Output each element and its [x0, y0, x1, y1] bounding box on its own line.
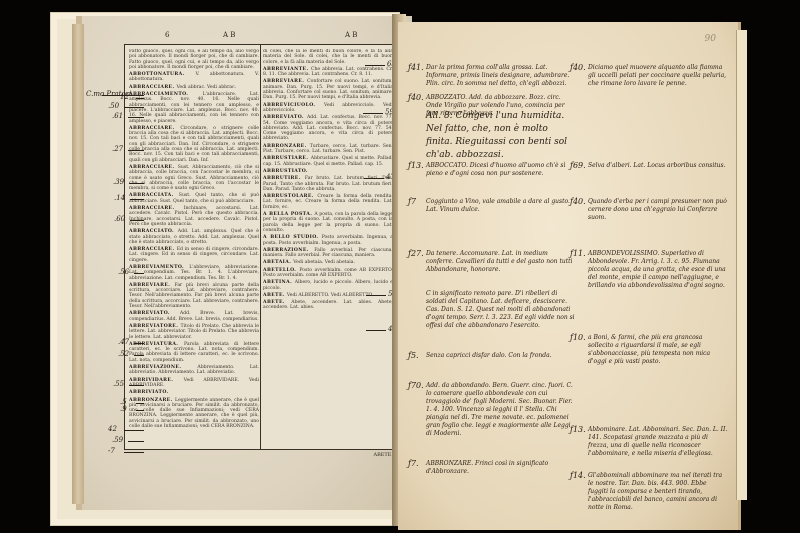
entry-headword: ABBRIVIATO.	[129, 390, 168, 395]
margin-note: .55	[113, 380, 124, 388]
pointer-line	[365, 65, 385, 66]
entry-headword: ABETAIA.	[263, 260, 293, 265]
dictionary-column-right: di colei, che la le menti di buon colore…	[263, 49, 393, 443]
entry-text: C in significato remoto pare. D'i ribell…	[426, 290, 575, 329]
dictionary-entry: ABBREVIANTE. Che abbrevia. Lat. contrahe…	[263, 67, 393, 78]
pointer-line	[136, 403, 144, 404]
dictionary-entry: ABBOTTONATURA. V. abbottonatura. V. abbo…	[129, 72, 259, 83]
margin-note: .14	[114, 194, 125, 202]
entry-definition: Posto avverbialm. come AB EXPERTO.	[299, 268, 393, 273]
entry-reference-number: ƒ5.	[408, 352, 419, 360]
page-edge	[736, 30, 747, 500]
pointer-line	[366, 330, 386, 331]
entry-definition-cont: L'abbracciare. Lat. amplexus. Bocc. nov.…	[129, 108, 259, 124]
dictionary-entry: di colei, che la le menti di buon colore…	[263, 49, 393, 65]
entry-definition-cont: Sust. Quel tanto, che si può abbracciare…	[158, 199, 255, 204]
entry-text: Gl'abbominali abbominare ma nel iterati …	[588, 472, 722, 511]
entry-headword: ABBREVIATO.	[263, 115, 307, 120]
entry-text: Abbominare. Lat. Abbominari. Sec. Dan. L…	[588, 426, 727, 457]
entry-headword: ABBRONZARE.	[129, 398, 175, 403]
handwritten-column-left: ƒ41.Dar la prima forma coll'alla grossa.…	[426, 22, 576, 522]
entry-reference-number: ƒ14.	[570, 472, 586, 480]
running-head: A B	[345, 31, 357, 39]
entry-reference-number: ƒ41.	[408, 64, 424, 72]
margin-note: .27	[112, 145, 123, 153]
entry-headword: ABETE.	[263, 293, 287, 298]
dictionary-entry: ABBREVIATO. Add. Breve. Lat. brevis, com…	[129, 311, 259, 322]
entry-reference-number: ƒ69.	[570, 162, 586, 170]
dictionary-entry: ABBRACCIARE. Sust. Abbracciamento, ciò c…	[129, 165, 259, 191]
entry-definition-cont: Add. Breve. Lat. brevis, compendiarius.	[165, 317, 259, 322]
handwritten-column-right: ƒ40.Diciamo quel muovere alquanto alla f…	[588, 22, 728, 522]
margin-note: .60	[114, 215, 125, 223]
dictionary-entry: ABBREVIATURA. Parola abbreviata di lette…	[129, 342, 259, 363]
entry-definition-cont: Fallo avverbial. Per ciascuna, maniera.	[284, 253, 376, 258]
dictionary-entry: ABBREVIATORE. Titolo di Prelato. Che abb…	[129, 324, 259, 340]
dictionary-entry: ABBREVICIUOLO. Vedi abbrevicciolo. Vedi …	[263, 103, 393, 114]
pointer-line	[134, 355, 144, 356]
entry-headword: ABBRACCIATO.	[129, 229, 178, 234]
entry-reference-number: ƒ40.	[570, 198, 586, 206]
entry-text: ABBONDEVOLISSIMO. Superlativo di Abbonde…	[588, 250, 726, 289]
entry-reference-number: ƒ10.	[570, 334, 586, 342]
pointer-line	[134, 273, 144, 274]
handwritten-entry: ƒ7.ABBRONZARE. Frinci così in significat…	[426, 460, 576, 476]
entry-reference-number: ƒ13.	[408, 162, 424, 170]
pointer-line	[136, 410, 144, 411]
entry-text: Diciamo quel muovere alquanto alla fiamm…	[588, 64, 726, 87]
dictionary-entry: ABBRACCIARE. Vedi abbrac. Vedi abbrac.	[129, 85, 259, 90]
margin-note: .50	[108, 102, 119, 110]
entry-text: Dar la prima forma coll'alla grossa. Lat…	[426, 64, 569, 87]
entry-reference-number: ƒ7	[408, 198, 416, 206]
page-stack-edge	[72, 24, 84, 504]
margin-note: .61	[112, 112, 123, 120]
column-rule	[260, 45, 261, 449]
entry-definition-cont: Abbrustiare. Quel si mette. Pallad. cap.…	[281, 162, 383, 167]
handwritten-entry: ƒ40.Diciamo quel muovere alquanto alla f…	[588, 64, 728, 88]
entry-text: Quando d'erba per i campi presumer non p…	[588, 198, 727, 221]
dictionary-entry: ABETINA. Albero, lucido e piccolo. Alber…	[263, 280, 393, 291]
margin-note: .59	[112, 436, 123, 444]
entry-definition: Vedi ABBRIVIDARE.	[184, 378, 240, 383]
margin-note: 12	[120, 93, 129, 101]
entry-text: ABBRONZARE. Frinci così in significato d…	[426, 460, 548, 475]
handwritten-entry: ƒ11.ABBONDEVOLISSIMO. Superlativo di Abb…	[588, 250, 728, 290]
entry-reference-number: ƒ70.	[408, 382, 424, 390]
entry-definition: V. abbottonatura.	[196, 72, 245, 77]
entry-headword: A BELLO STUDIO.	[263, 235, 322, 240]
entry-headword: ABBRUSTIARE.	[263, 156, 311, 161]
handwritten-entry: ƒ13.ABBOCCATO. Dicesi d'huomo all'uomo c…	[426, 162, 576, 178]
entry-definition: Vedi abbrac.	[176, 85, 205, 90]
handwritten-entry: ƒ40.Quando d'erba per i campi presumer n…	[588, 198, 728, 222]
dictionary-column-left: Fatto giuoco, quel, ogni cui, e ali temp…	[129, 49, 259, 443]
entry-definition-cont: Vedi abetaia.	[323, 260, 355, 265]
entry-definition-cont: Turbare, cerco. Lat. turbare. Sen. Pist.	[273, 149, 365, 154]
entry-definition-cont: Vedi abbrac.	[206, 85, 237, 90]
pointer-line	[136, 98, 144, 99]
pointer-line	[134, 343, 144, 344]
handwritten-entry: ƒ5.Senza capricci disfar dalo. Con la fr…	[426, 352, 576, 360]
margin-note: .56	[118, 268, 129, 276]
dictionary-entry: ABBREVIARE. Confortare col suono. Lat. s…	[263, 79, 393, 100]
pointer-line	[363, 113, 383, 114]
entry-headword: ABBRACCIATA.	[129, 193, 179, 198]
dictionary-entry: ABBREVIARE. Far più brevi alcuna parte d…	[129, 283, 259, 309]
entry-reference-number: ƒ40.	[408, 94, 424, 102]
entry-text: Senza capricci disfar dalo. Con la frond…	[426, 352, 552, 359]
entry-definition: Fatto giuoco, quel, ogni cui, e ali temp…	[129, 49, 259, 59]
handwritten-entry: ƒ14.Gl'abbominali abbominare ma nel iter…	[588, 472, 728, 512]
dictionary-entry: ABBRONZARE. Leggiermente annerare, che è…	[129, 398, 259, 430]
entry-reference-number: ƒ11.	[570, 250, 586, 258]
handwritten-entry: ƒ13.Abbominare. Lat. Abbominari. Sec. Da…	[588, 426, 728, 458]
entry-text: a Boni, & farmi, che più era grancosa so…	[588, 334, 710, 365]
pointer-line	[129, 183, 144, 184]
dictionary-entry: ABBRIVIATO.	[129, 390, 259, 395]
pointer-line	[124, 452, 144, 453]
dictionary-entry: ABBRACCIARE. Ed in senso di cingere, cir…	[129, 247, 259, 263]
entry-definition-cont: Posto avverbialm. Ingenua, a posta.	[277, 241, 362, 246]
handwritten-entry: ƒ7Coggiunto a Vino, vale amabile a dare …	[426, 198, 576, 214]
catchword: ABETE.	[373, 452, 393, 458]
entry-headword: ABBREVICIUOLO.	[263, 103, 324, 108]
entry-headword: ABBREVIARE.	[263, 79, 307, 84]
entry-reference-number: ƒ27.	[408, 250, 424, 258]
dictionary-entry: ABBRACCIATO. Add. Lat. amplexus. Quel ch…	[129, 229, 259, 245]
pointer-line	[128, 150, 144, 151]
entry-headword: ABBRONZARE.	[263, 144, 310, 149]
dictionary-entry: ABBREVIAMENTO. L'abbreviare, abbreviazio…	[129, 265, 259, 281]
dictionary-entry: ABBRACCIARE. Circondare, o strignere col…	[129, 126, 259, 163]
pointer-line	[364, 178, 384, 179]
dictionary-entry: ABBRACCIARE. Inchinare, accostarsi. Lat.…	[129, 206, 259, 227]
dictionary-entry: ABETE. Abete, accendere. Lat. abies. Abe…	[263, 300, 393, 311]
handwritten-entry: ƒ70.Add. da abbondando. Bern. Guerr. cin…	[426, 382, 576, 438]
dictionary-entry: ABETAIA. Vedi abetaia. Vedi abetaia.	[263, 260, 393, 265]
entry-text: Da tenere. Accomunare. Lat. in medium co…	[426, 250, 572, 273]
pointer-line	[366, 295, 386, 296]
running-head: 6	[165, 31, 169, 39]
dictionary-entry: ABBRUSTIATO.	[263, 169, 393, 174]
dictionary-entry: ABETELLO. Posto avverbialm. come AB EXPE…	[263, 268, 393, 279]
entry-headword: ABBRIVIDARE.	[129, 378, 184, 383]
entry-reference-number: ƒ13.	[570, 426, 586, 434]
entry-definition: Albero, lucido e piccolo.	[295, 280, 353, 285]
entry-definition-cont: Parola abbreviata di lettere caratteri, …	[129, 352, 259, 362]
entry-text: All. 8: Congevi l'una humidita. Nel fatt…	[426, 111, 567, 160]
margin-note: .52	[118, 350, 129, 358]
entry-headword: ABBREVIATO.	[129, 311, 180, 316]
entry-definition-cont: Abbreviamento. Lat. abbreviatio.	[157, 370, 235, 375]
pointer-line	[128, 117, 144, 118]
pointer-line	[130, 220, 144, 221]
dictionary-entry: ABBREVIATO. Add. Lat. confectus. Bocc. n…	[263, 115, 393, 141]
handwritten-entry: ƒ27.Da tenere. Accomunare. Lat. in mediu…	[426, 250, 576, 274]
dictionary-entry: ABBRACCIAMENTO. L'abbracciare. Lat. ampl…	[129, 92, 259, 124]
running-head: A B	[223, 31, 235, 39]
dictionary-entry: ABBRUSTOLARE. Creare la forma della rend…	[263, 194, 393, 210]
handwritten-entry: ƒ41.Dar la prima forma coll'alla grossa.…	[426, 64, 576, 88]
entry-text: Selva d'alberi. Lat. Locus arboribus con…	[588, 162, 726, 169]
dictionary-entry: ABBRACCIATA. Sust. Quel tanto, che si pu…	[129, 193, 259, 204]
dictionary-entry: ABBRUSTIARE. Abbrustiare. Quel si mette.…	[263, 156, 393, 167]
margin-note: -7	[108, 447, 115, 455]
entry-headword: ABETELLO.	[263, 268, 299, 273]
margin-note: .39	[113, 178, 124, 186]
pointer-line	[124, 430, 144, 431]
margin-note: .9	[120, 405, 127, 413]
dictionary-entry: ABBRONZARE. Turbare, cerco. Lat. turbare…	[263, 144, 393, 155]
entry-headword: ABBRACCIARE.	[129, 85, 176, 90]
entry-definition-cont: Posto avverbialm. come AB EXPERTO.	[263, 273, 352, 278]
right-handwritten-page: 90 ƒ41.Dar la prima forma coll'alla gros…	[398, 22, 741, 530]
handwritten-entry: C in significato remoto pare. D'i ribell…	[426, 290, 576, 330]
entry-headword: ABBRUSTIATO.	[263, 169, 308, 174]
dictionary-entry: A BELLO STUDIO. Posto avverbialm. Ingenu…	[263, 235, 393, 246]
dictionary-entry: ABBREVIAZIONE. Abbreviamento. Lat. abbre…	[129, 365, 259, 376]
handwritten-entry: All. 8: Congevi l'una humidita. Nel fatt…	[426, 110, 576, 162]
entry-definition-cont: Inchinare, accostarsi. Lat. accedere. Ca…	[129, 217, 259, 227]
entry-text: ABBOCCATO. Dicesi d'huomo all'uomo ch'è …	[426, 162, 565, 177]
entry-text: Add. da abbondando. Bern. Guerr. cinc. f…	[426, 382, 573, 437]
entry-definition-cont: Che abbrevia. Lat. contrahens. Cr. 8. 11…	[276, 72, 372, 77]
entry-definition: Vedi abetaia.	[293, 260, 323, 265]
margin-note: .47	[118, 338, 129, 346]
entry-reference-number: ƒ40.	[570, 64, 586, 72]
handwritten-entry: ƒ69.Selva d'alberi. Lat. Locus arboribus…	[588, 162, 728, 170]
printed-text-block: 6 A B A B Fatto giuoco, quel, ogni cui, …	[124, 44, 398, 450]
handwritten-entry: ƒ10.a Boni, & farmi, che più era grancos…	[588, 334, 728, 366]
pointer-line	[130, 199, 144, 200]
entry-headword: ABETINA.	[263, 280, 295, 285]
pointer-line	[128, 441, 144, 442]
entry-definition: Vedi abbrevicciolo.	[324, 103, 375, 108]
entry-definition: Vedi ALBERETTO.	[287, 293, 330, 298]
pointer-line	[124, 107, 144, 108]
dictionary-entry: A BELLA POSTA. A posta, con la parola de…	[263, 212, 393, 233]
dictionary-entry: ABERRAZIONE. Fallo avverbial. Per ciascu…	[263, 248, 393, 259]
entry-text: Coggiunto a Vino, vale amabile a dare al…	[426, 198, 570, 213]
pointer-line	[129, 385, 144, 386]
entry-headword: ABBRUTIRE.	[263, 176, 305, 181]
dictionary-entry: ABBRIVIDARE. Vedi ABBRIVIDARE. Vedi ABBR…	[129, 378, 259, 389]
dictionary-entry: Fatto giuoco, quel, ogni cui, e ali temp…	[129, 49, 259, 70]
entry-reference-number: ƒ7.	[408, 460, 419, 468]
entry-definition-cont: Fatto giuoco, quel, ogni cui, e ali temp…	[129, 60, 259, 70]
margin-note: 42	[108, 425, 117, 433]
